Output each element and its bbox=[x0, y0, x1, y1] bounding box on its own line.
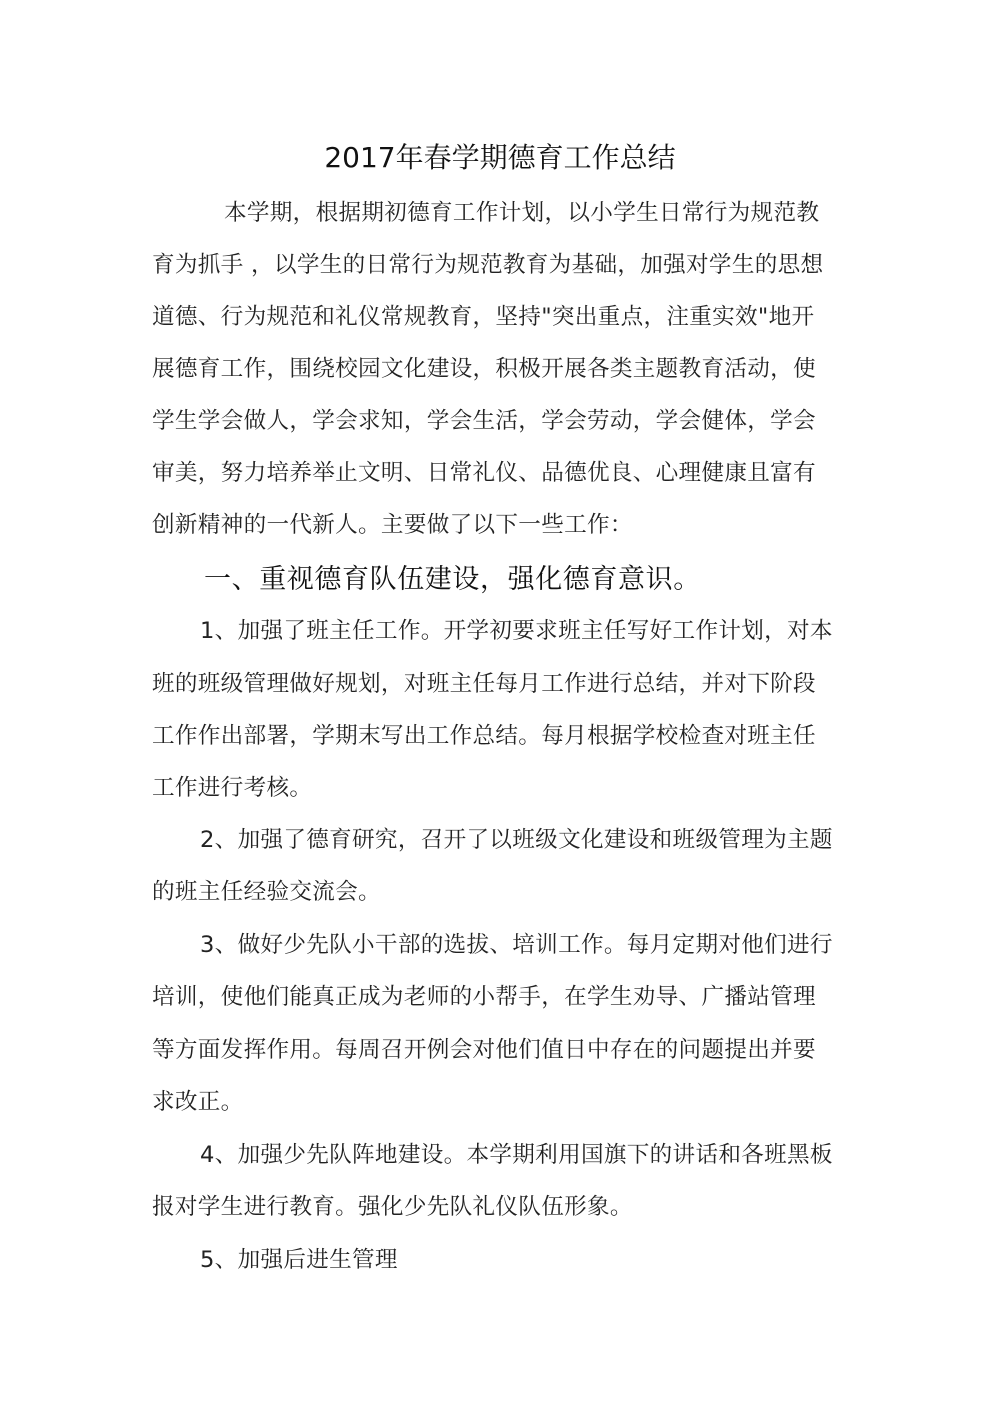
paragraph-line: 工作进行考核。 bbox=[152, 771, 852, 805]
paragraph-line: 道德、行为规范和礼仪常规教育，坚持"突出重点，注重实效"地开 bbox=[152, 300, 852, 334]
paragraph-line: 5、加强后进生管理 bbox=[200, 1243, 900, 1277]
paragraph-line: 本学期，根据期初德育工作计划，以小学生日常行为规范教 bbox=[224, 196, 924, 230]
paragraph-line: 4、加强少先队阵地建设。本学期利用国旗下的讲话和各班黑板 bbox=[200, 1138, 900, 1172]
paragraph-line: 培训，使他们能真正成为老师的小帮手，在学生劝导、广播站管理 bbox=[152, 980, 852, 1014]
document-title: 2017年春学期德育工作总结 bbox=[0, 138, 1000, 178]
paragraph-line: 的班主任经验交流会。 bbox=[152, 875, 852, 909]
paragraph-line: 学生学会做人，学会求知，学会生活，学会劳动，学会健体，学会 bbox=[152, 404, 852, 438]
paragraph-line: 2、加强了德育研究，召开了以班级文化建设和班级管理为主题 bbox=[200, 823, 900, 857]
document-page: 2017年春学期德育工作总结 本学期，根据期初德育工作计划，以小学生日常行为规范… bbox=[0, 0, 1000, 1415]
paragraph-line: 创新精神的一代新人。主要做了以下一些工作： bbox=[152, 508, 852, 542]
paragraph-line: 3、做好少先队小干部的选拔、培训工作。每月定期对他们进行 bbox=[200, 928, 900, 962]
paragraph-line: 工作作出部署，学期末写出工作总结。每月根据学校检查对班主任 bbox=[152, 719, 852, 753]
paragraph-line: 审美，努力培养举止文明、日常礼仪、品德优良、心理健康且富有 bbox=[152, 456, 852, 490]
paragraph-line: 求改正。 bbox=[152, 1085, 852, 1119]
paragraph-line: 1、加强了班主任工作。开学初要求班主任写好工作计划，对本 bbox=[200, 614, 900, 648]
paragraph-line: 育为抓手 ，以学生的日常行为规范教育为基础，加强对学生的思想 bbox=[152, 248, 852, 282]
paragraph-line: 报对学生进行教育。强化少先队礼仪队伍形象。 bbox=[152, 1190, 852, 1224]
paragraph-line: 展德育工作，围绕校园文化建设，积极开展各类主题教育活动，使 bbox=[152, 352, 852, 386]
paragraph-line: 等方面发挥作用。每周召开例会对他们值日中存在的问题提出并要 bbox=[152, 1033, 852, 1067]
paragraph-line: 班的班级管理做好规划，对班主任每月工作进行总结，并对下阶段 bbox=[152, 667, 852, 701]
section-heading: 一、重视德育队伍建设，强化德育意识。 bbox=[204, 560, 701, 600]
